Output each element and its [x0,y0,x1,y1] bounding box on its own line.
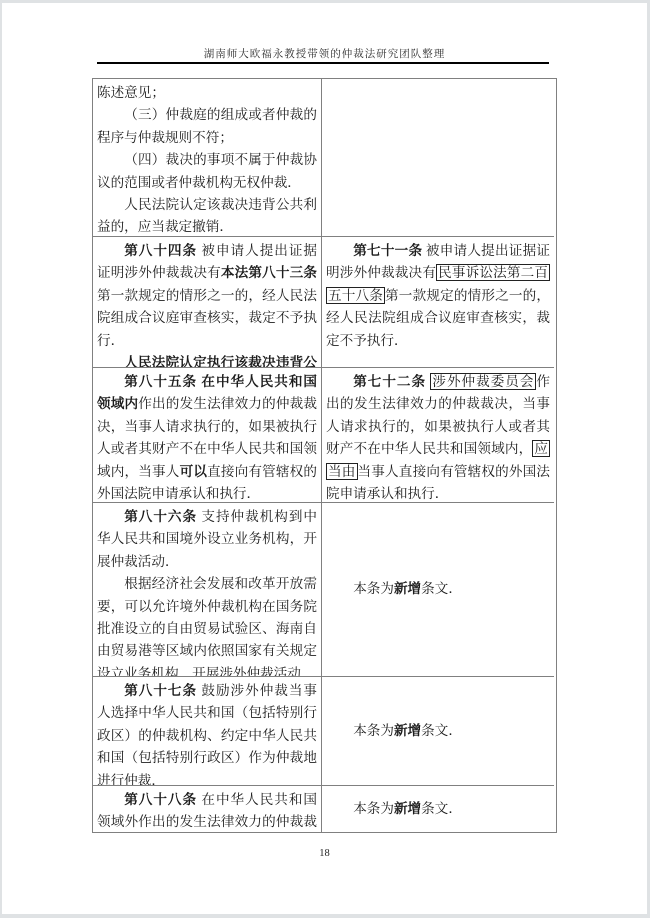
paragraph: 人民法院认定执行该裁决违背公共利益的，应当裁定不予执行． [97,352,317,368]
paragraph: 第八十八条 在中华人民共和国领域外作出的发生法律效力的仲裁裁决， [97,789,317,832]
bold-text: 新增 [394,801,421,816]
table-cell-row3-right: 第七十二条 涉外仲裁委员会作出的发生法律效力的仲裁裁决，当事人请求执行的，如果被… [322,368,554,503]
paragraph: 第七十二条 涉外仲裁委员会作出的发生法律效力的仲裁裁决，当事人请求执行的，如果被… [326,371,550,503]
paragraph: 本条为新增条文． [326,578,550,600]
text-run: 根据经济社会发展和改革开放需要，可以允许境外仲裁机构在国务院批准设立的自由贸易试… [97,576,317,677]
header-rule [97,62,549,64]
paragraph: （四）裁决的事项不属于仲裁协议的范围或者仲裁机构无权仲裁． [97,149,317,194]
text-run: （三）仲裁庭的组成或者仲裁的程序与仲裁规则不符； [97,107,317,144]
paragraph: 第八十六条 支持仲裁机构到中华人民共和国境外设立业务机构，开展仲裁活动． [97,506,317,573]
comparison-table: 陈述意见；（三）仲裁庭的组成或者仲裁的程序与仲裁规则不符；（四）裁决的事项不属于… [92,78,557,833]
bold-text: 本法第八十三条 [221,265,317,280]
bold-text: 第七十一条 [353,243,422,258]
paragraph: 第八十七条 鼓励涉外仲裁当事人选择中华人民共和国（包括特别行政区）的仲裁机构、约… [97,680,317,786]
bold-text: 可以 [180,464,208,479]
bold-text: 第八十七条 [124,683,197,698]
text-run: 条文． [421,801,462,816]
text-run: 人民法院认定该裁决违背公共利益的，应当裁定撤销． [97,197,317,234]
table-cell-row5-right: 本条为新增条文． [322,677,554,786]
document-page: 湖南师大欧福永教授带领的仲裁法研究团队整理 陈述意见；（三）仲裁庭的组成或者仲裁… [2,3,647,914]
table-cell-row4-left: 第八十六条 支持仲裁机构到中华人民共和国境外设立业务机构，开展仲裁活动．根据经济… [93,503,322,677]
paragraph: 第七十一条 被申请人提出证据证明涉外仲裁裁决有民事诉讼法第二百五十八条第一款规定… [326,240,550,352]
table-cell-row6-left: 第八十八条 在中华人民共和国领域外作出的发生法律效力的仲裁裁决， [93,786,322,832]
paragraph: 陈述意见； [97,82,317,104]
paragraph: 本条为新增条文． [326,798,550,820]
paragraph: （三）仲裁庭的组成或者仲裁的程序与仲裁规则不符； [97,104,317,149]
table-cell-row3-left: 第八十五条 在中华人民共和国领域内作出的发生法律效力的仲裁裁决，当事人请求执行的… [93,368,322,503]
text-run: 本条为 [353,723,394,738]
paragraph: 第八十四条 被申请人提出证据证明涉外仲裁裁决有本法第八十三条第一款规定的情形之一… [97,240,317,352]
table-cell-row6-right: 本条为新增条文． [322,786,554,832]
paragraph: 根据经济社会发展和改革开放需要，可以允许境外仲裁机构在国务院批准设立的自由贸易试… [97,573,317,677]
text-run: 本条为 [353,581,394,596]
table-cell-row1-left: 陈述意见；（三）仲裁庭的组成或者仲裁的程序与仲裁规则不符；（四）裁决的事项不属于… [93,79,322,237]
page-number: 18 [2,848,647,859]
text-run: 条文． [421,581,462,596]
bold-text: 第八十四条 [124,243,197,258]
bold-text: 第八十六条 [124,509,197,524]
table-cell-row2-left: 第八十四条 被申请人提出证据证明涉外仲裁裁决有本法第八十三条第一款规定的情形之一… [93,237,322,368]
table-cell-row1-right [322,79,554,237]
text-run: 陈述意见； [97,85,165,100]
page-header: 湖南师大欧福永教授带领的仲裁法研究团队整理 [2,46,647,61]
text-run: （四）裁决的事项不属于仲裁协议的范围或者仲裁机构无权仲裁． [97,152,317,189]
text-run: 条文． [421,723,462,738]
text-run: 当事人直接向有管辖权的外国法院申请承认和执行． [326,464,550,501]
paragraph: 人民法院认定该裁决违背公共利益的，应当裁定撤销． [97,194,317,237]
boxed-text: 涉外仲裁委员会 [430,373,536,390]
paragraph: 第八十五条 在中华人民共和国领域内作出的发生法律效力的仲裁裁决，当事人请求执行的… [97,371,317,503]
table-cell-row2-right: 第七十一条 被申请人提出证据证明涉外仲裁裁决有民事诉讼法第二百五十八条第一款规定… [322,237,554,368]
bold-text: 新增 [394,581,421,596]
bold-text: 人民法院认定执行该裁决违背公共利益的，应当裁定不予执行． [97,355,317,368]
text-run: 第一款规定的情形之一的，经人民法院组成合议庭审查核实，裁定不予执行． [97,288,317,348]
table-cell-row4-right: 本条为新增条文． [322,503,554,677]
text-run: 鼓励涉外仲裁当事人选择中华人民共和国（包括特别行政区）的仲裁机构、约定中华人民共… [97,683,317,786]
bold-text: 新增 [394,723,421,738]
table-cell-row5-left: 第八十七条 鼓励涉外仲裁当事人选择中华人民共和国（包括特别行政区）的仲裁机构、约… [93,677,322,786]
bold-text: 第八十八条 [124,792,197,807]
bold-text: 第七十二条 [353,374,426,389]
paragraph: 本条为新增条文． [326,720,550,742]
text-run: 本条为 [353,801,394,816]
